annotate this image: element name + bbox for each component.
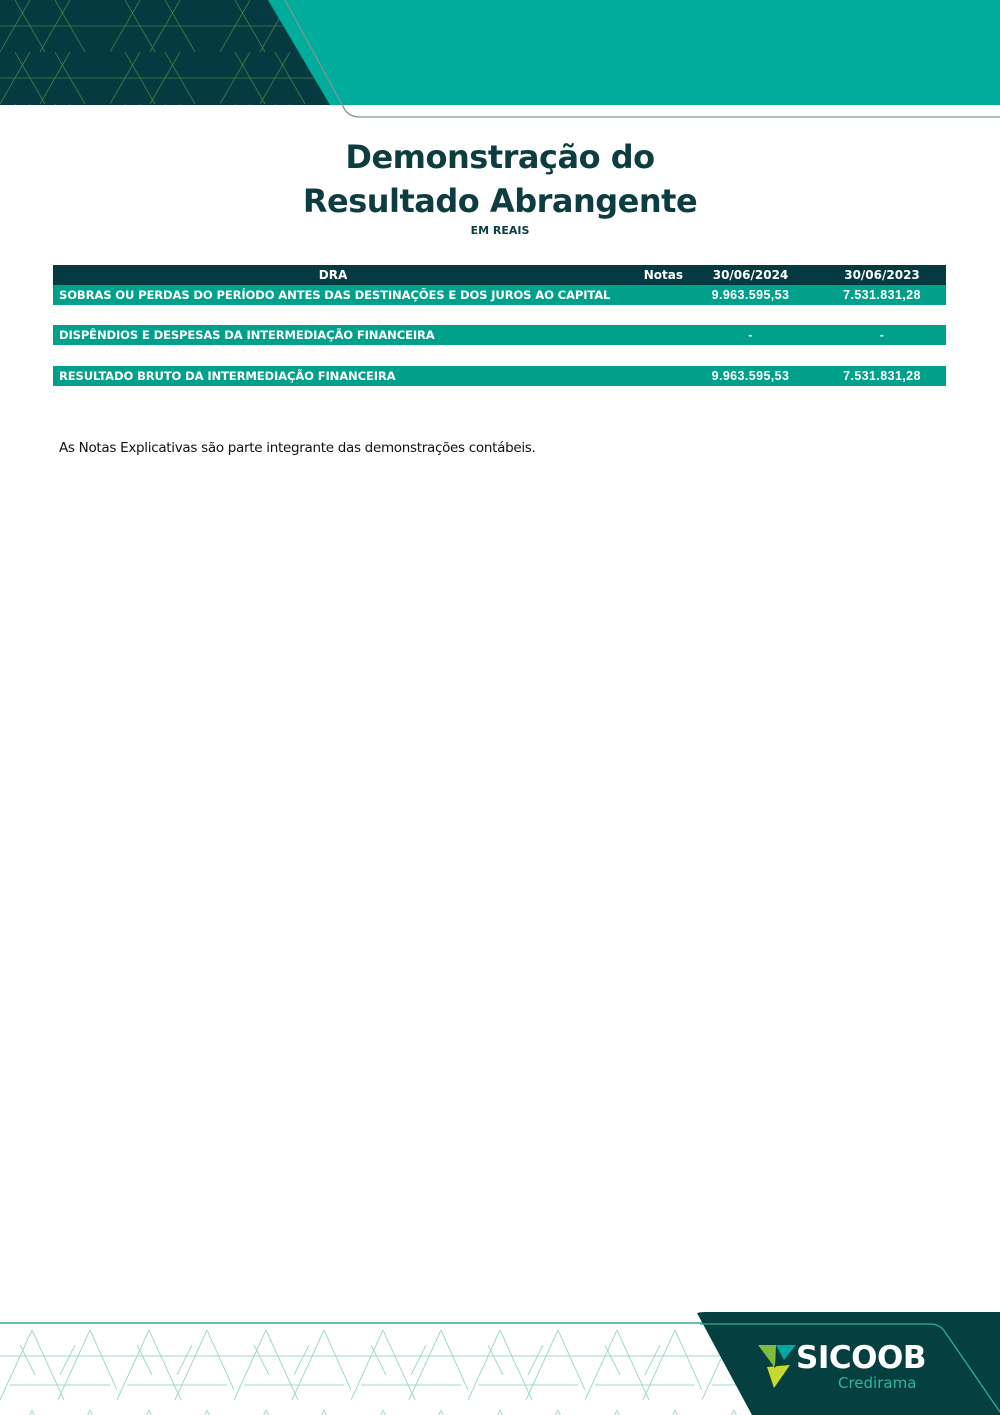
row-label: RESULTADO BRUTO DA INTERMEDIAÇÃO FINANCE… (59, 366, 396, 386)
row-label: SOBRAS OU PERDAS DO PERÍODO ANTES DAS DE… (59, 285, 610, 305)
brand-unit: Credirama (838, 1374, 916, 1392)
table-header-row: DRA Notas 30/06/2024 30/06/2023 (53, 265, 946, 285)
row-value-2024: 9.963.595,53 (683, 366, 818, 386)
row-value-2023: 7.531.831,28 (818, 285, 946, 305)
row-value-2024: - (683, 325, 818, 345)
column-header-2023: 30/06/2023 (818, 265, 946, 285)
column-header-2024: 30/06/2024 (683, 265, 818, 285)
row-value-2023: 7.531.831,28 (818, 366, 946, 386)
row-value-2024: 9.963.595,53 (683, 285, 818, 305)
page-title-line1: Demonstração do (0, 138, 1000, 176)
table-row: RESULTADO BRUTO DA INTERMEDIAÇÃO FINANCE… (53, 366, 946, 386)
page-title-line2: Resultado Abrangente (0, 182, 1000, 220)
column-header-notes: Notas (613, 265, 683, 285)
header-banner (0, 0, 1000, 125)
row-value-2023: - (818, 325, 946, 345)
brand-name: SICOOB (796, 1340, 926, 1376)
table-row: DISPÊNDIOS E DESPESAS DA INTERMEDIAÇÃO F… (53, 325, 946, 345)
currency-subtitle: EM REAIS (0, 224, 1000, 237)
table-row: SOBRAS OU PERDAS DO PERÍODO ANTES DAS DE… (53, 285, 946, 305)
footnote: As Notas Explicativas são parte integran… (59, 440, 536, 456)
column-header-dra: DRA (53, 265, 613, 285)
row-label: DISPÊNDIOS E DESPESAS DA INTERMEDIAÇÃO F… (59, 325, 435, 345)
